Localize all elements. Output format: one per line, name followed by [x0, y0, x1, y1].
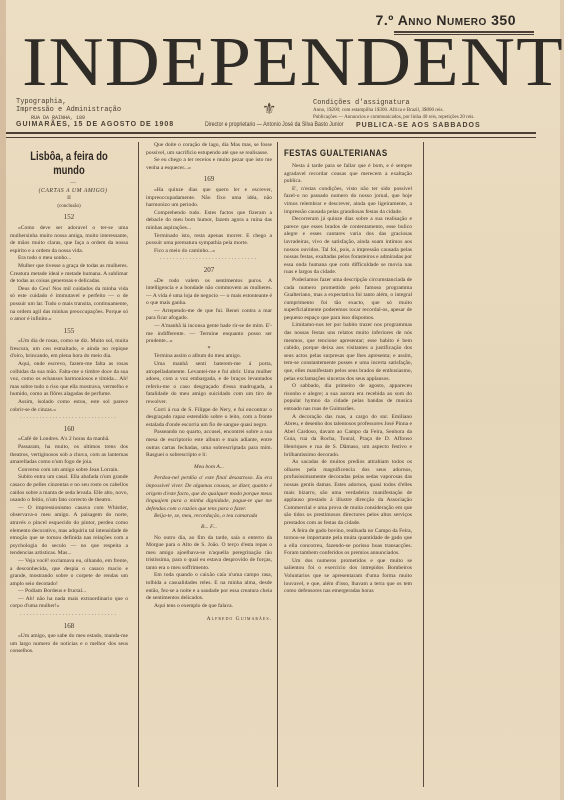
- entry-number: 155: [10, 328, 128, 336]
- paragraph: Aqui, onde escrevo, fazem-me falta as ro…: [10, 361, 128, 399]
- typography-line: Typographia,: [16, 98, 121, 106]
- paragraph: Mulher que tivesse a graça de todas as m…: [10, 263, 128, 286]
- paragraph: «Um dia de rosas, como se diz. Muito sol…: [10, 338, 128, 361]
- paragraph: Deus do Ceu! Nos mil cuidados da minha v…: [10, 286, 128, 324]
- paragraph: «Como deve ser adoravel o ter-se uma mul…: [10, 225, 128, 255]
- author-signature: Alfredo Guimarães.: [146, 616, 272, 624]
- page-edge-left: [0, 0, 6, 800]
- column-divider: [277, 142, 278, 787]
- paragraph: A feira de gado bovino, realisada no Cam…: [284, 528, 412, 558]
- paragraph: — O impressionismo casava com Whistler, …: [10, 505, 128, 558]
- entry-number: 207: [146, 267, 272, 275]
- paragraph: Que doíte o coração de lago, dia Mas mas…: [146, 142, 272, 157]
- paragraph: Se eu chego a ter receios e muito pezar …: [146, 157, 272, 172]
- paragraph: Fico a meio do caminho...»: [146, 248, 272, 256]
- letter-signature: B... F...: [146, 524, 272, 532]
- article-headline: Lisbôa, a feira do mundo: [21, 150, 118, 178]
- paragraph: Limitamo-nos ter por habito trazer nos p…: [284, 322, 412, 383]
- column-festas: FESTAS GUALTERIANAS Nesta á tarde para s…: [284, 142, 412, 787]
- article-headline: FESTAS GUALTERIANAS: [284, 147, 397, 159]
- paragraph: Uma manhã senti baterem-me á porta, atro…: [146, 361, 272, 407]
- newspaper-page: 7.º Anno Numero 350 INDEPENDENTE Typogra…: [0, 0, 564, 800]
- paragraph: Em toda quando o caixão caía n'uma campo…: [146, 572, 272, 602]
- typography-block: Typographia, Impressão e Administração R…: [16, 98, 121, 122]
- paragraph: Nesta á tarde para se fallar que é bom, …: [284, 163, 412, 186]
- paragraph: Corri á rua de S. Filippe de Nery, e fui…: [146, 407, 272, 430]
- header-rule-thin: [6, 137, 536, 138]
- conditions-line: Anno, 1$200; com estampilha 1$300. Afric…: [313, 107, 533, 114]
- paragraph: Era todo o meu sonho...: [10, 255, 128, 263]
- column-divider: [423, 142, 424, 787]
- dotted-separator: ..............................: [146, 255, 272, 263]
- paragraph: Assim, isolado como estou, este sol pare…: [10, 399, 128, 414]
- paragraph: As sacadas de muitos predios attrahiam t…: [284, 459, 412, 527]
- director-line: Director e proprietario — Antonio José d…: [205, 121, 343, 128]
- paragraph: Terminado isto, resta apenas morrer. E c…: [146, 233, 272, 248]
- paragraph: — Ah! não ha nada mais extraordinario qu…: [10, 596, 128, 611]
- paragraph: Termina assim o album do meu amigo.: [146, 353, 272, 361]
- masthead-title: INDEPENDENTE: [22, 28, 534, 98]
- paragraph: «Um amigo, que sabe do meu estado, manda…: [10, 633, 128, 656]
- paragraph: Poderiamos fazer uma descripção circumst…: [284, 277, 412, 323]
- paragraph: «De todo valem os sentimentos puros. A i…: [146, 278, 272, 308]
- paragraph: — Podiam Bordeus e fructal...: [10, 588, 128, 596]
- dotted-separator: ..............................: [10, 414, 128, 422]
- entry-number: 168: [10, 623, 128, 631]
- entry-number: 169: [146, 176, 272, 184]
- header-rule: [6, 132, 536, 134]
- conditions-title: Condições d'assignatura: [313, 99, 533, 107]
- section-star: *: [146, 346, 272, 354]
- paragraph: Comprehendo tudo. Estes factos que fizer…: [146, 210, 272, 233]
- paragraph: No outro dia, ao fim da tarde, saía o en…: [146, 535, 272, 573]
- article-subtitle: (CARTAS A UM AMIGO): [10, 188, 128, 196]
- paragraph: «Café de Londres. A's 2 horas da manhã.: [10, 436, 128, 444]
- paragraph: Aqui tens o exemplo de que falava.: [146, 603, 272, 611]
- paragraph: O sabbado, dia primeiro de agosto, appar…: [284, 383, 412, 413]
- paragraph: «Ha quinze dias que quero ler e escrever…: [146, 187, 272, 210]
- subscription-conditions: Condições d'assignatura Anno, 1$200; com…: [313, 99, 533, 121]
- page-edge-right: [560, 0, 564, 800]
- entry-number: 160: [10, 426, 128, 434]
- column-divider: [138, 142, 139, 787]
- typography-line: Impressão e Administração: [16, 106, 121, 114]
- paragraph: Passeando no quarto, accusei, encontrei …: [146, 429, 272, 459]
- paragraph: — Arrependo-me de que fui. Renei contra …: [146, 308, 272, 323]
- conditions-line: Publicações — Annuncios e communicados, …: [313, 114, 533, 121]
- article-note: (conclusão): [10, 203, 128, 211]
- paragraph: Passaram, ha muito, os ultimos trens dos…: [10, 444, 128, 467]
- entry-number: 152: [10, 214, 128, 222]
- date-line: GUIMARÃES, 15 DE AGOSTO DE 1908: [16, 121, 174, 128]
- paragraph: — Veja você! exclamava eu, olhando, em f…: [10, 558, 128, 588]
- paragraph: Subito entra um casal. Ella abafada n'um…: [10, 474, 128, 504]
- letter-close: Beija-te, se, meu, recordação, o teu cam…: [146, 513, 272, 521]
- paragraph: Decorreram já quinze dias sobre a sua re…: [284, 216, 412, 277]
- publication-day: PUBLICA-SE AOS SABBADOS: [356, 122, 481, 129]
- letter-body: Perdoa-nel perdôa a' este final desastro…: [146, 475, 272, 513]
- paragraph: E', n'estas condições, visto não ter sid…: [284, 186, 412, 216]
- paragraph: — A'manhã lá inconsa gente hade rir-se d…: [146, 323, 272, 346]
- heraldic-emblem-icon: ⚜: [262, 97, 272, 123]
- article-part: II: [10, 195, 128, 203]
- column-lisboa-continued: Que doíte o coração de lago, dia Mas mas…: [146, 142, 272, 787]
- paragraph: Um dos numeros prometidos e que muito se…: [284, 558, 412, 596]
- column-lisboa: Lisbôa, a feira do mundo — (CARTAS A UM …: [10, 142, 128, 787]
- headline-dash: —: [10, 180, 128, 188]
- dotted-separator: ..............................: [10, 611, 128, 619]
- letter-salutation: Meu bom A...: [146, 464, 272, 472]
- paragraph: A decoração das ruas, a cargo do snr. Em…: [284, 414, 412, 460]
